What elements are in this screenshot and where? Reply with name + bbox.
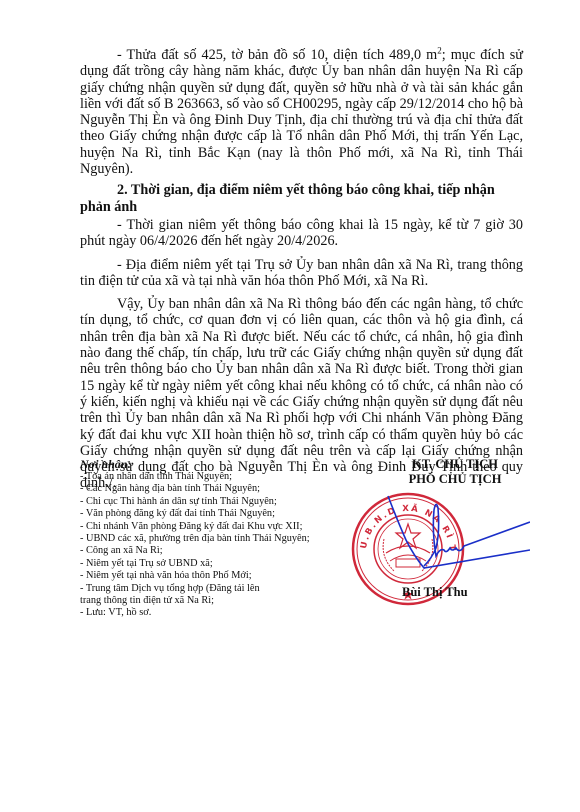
plot-text-part1: - Thửa đất số 425, tờ bản đồ số 10, diện…: [117, 47, 437, 63]
recipient-item: - Niêm yết tại nhà văn hóa thôn Phố Mới;: [80, 570, 340, 582]
recipients-list: Nơi nhận: - Tòa án nhân dân tỉnh Thái Ng…: [80, 457, 340, 620]
recipient-item: - Lưu: VT, hồ sơ.: [80, 607, 340, 619]
recipient-item: - Tòa án nhân dân tỉnh Thái Nguyên;: [80, 471, 340, 483]
paragraph-land-plot: - Thửa đất số 425, tờ bản đồ số 10, diện…: [80, 47, 523, 177]
recipient-item: - Chi nhánh Văn phòng Đăng ký đất đai Kh…: [80, 521, 340, 533]
recipient-item: - Trung tâm Dịch vụ tổng hợp (Đăng tải l…: [80, 583, 270, 608]
recipient-item: - UBND các xã, phường trên địa bàn tỉnh …: [80, 533, 340, 545]
recipient-item: - Công an xã Na Rì;: [80, 545, 340, 557]
recipient-item: - Niêm yết tại Trụ sở UBND xã;: [80, 558, 340, 570]
recipient-item: - Các Ngân hàng địa bàn tỉnh Thái Nguyên…: [80, 483, 340, 495]
paragraph-posting-time: - Thời gian niêm yết thông báo công khai…: [80, 217, 523, 250]
recipient-item: - Văn phòng đăng ký đất đai tỉnh Thái Ng…: [80, 508, 340, 520]
role-line-2: PHÓ CHỦ TỊCH: [380, 472, 530, 487]
role-line-1: KT. CHỦ TỊCH: [380, 457, 530, 472]
document-body: - Thửa đất số 425, tờ bản đồ số 10, diện…: [80, 47, 523, 492]
signer-name: Bùi Thị Thu: [402, 585, 468, 600]
paragraph-posting-place: - Địa điểm niêm yết tại Trụ sở Ủy ban nh…: [80, 257, 523, 290]
recipient-item: - Chi cục Thi hành án dân sự tỉnh Thái N…: [80, 496, 340, 508]
signature-heading: KT. CHỦ TỊCH PHÓ CHỦ TỊCH: [380, 457, 530, 487]
section-2-heading: 2. Thời gian, địa điểm niêm yết thông bá…: [80, 182, 523, 215]
plot-text-part2: ; mục đích sử dụng đất trồng cây hàng nă…: [80, 47, 523, 177]
recipients-title: Nơi nhận:: [80, 457, 340, 471]
handwritten-signature-icon: [380, 492, 530, 592]
